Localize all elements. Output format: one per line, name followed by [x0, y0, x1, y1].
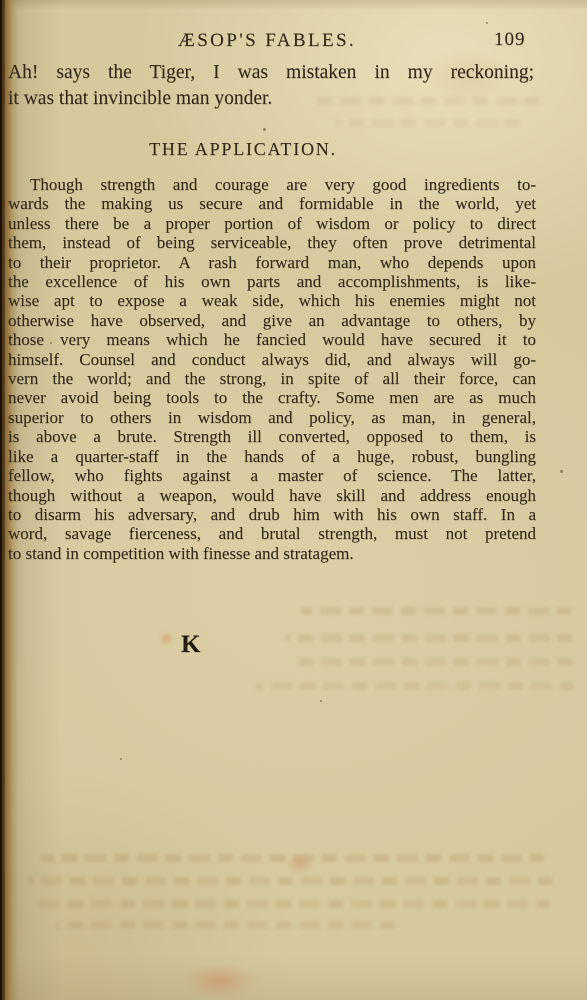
- page-number: 109: [494, 29, 526, 51]
- application-line: them, instead of being serviceable, they…: [8, 233, 536, 252]
- book-page-scan: ÆSOP'S FABLES. 109 Ah! says the Tiger, I…: [0, 0, 587, 1000]
- intro-paragraph: Ah! says the Tiger, I was mistaken in my…: [8, 60, 534, 112]
- application-line: to disarm his adversary, and drub him wi…: [8, 505, 536, 524]
- application-line: those very means which he fancied would …: [8, 330, 536, 349]
- bleed-through-text: [298, 658, 573, 666]
- application-line: like a quarter-staff in the hands of a h…: [8, 447, 536, 466]
- application-line: though without a weapon, would have skil…: [8, 486, 536, 505]
- application-line: word, savage fierceness, and brutal stre…: [8, 524, 536, 543]
- application-line: superior to others in wisdom and policy,…: [8, 408, 536, 427]
- stain: [286, 853, 314, 875]
- speck: [120, 758, 122, 760]
- application-line: fellow, who fights against a master of s…: [8, 466, 536, 485]
- speck: [486, 22, 488, 24]
- application-line: vern the world; and the strong, in spite…: [8, 369, 536, 388]
- stain: [183, 964, 257, 998]
- application-line: the excellence of his own parts and acco…: [8, 272, 536, 291]
- bleed-through-text: [335, 119, 520, 127]
- speck: [560, 470, 563, 473]
- application-line: to their proprietor. A rash forward man,…: [8, 253, 536, 272]
- section-heading: THE APPLICATION.: [8, 139, 478, 160]
- bleed-through-text: [255, 682, 575, 690]
- speck: [263, 128, 266, 131]
- application-line: otherwise have observed, and give an adv…: [8, 311, 536, 330]
- application-line: wards the making us secure and formidabl…: [8, 194, 536, 213]
- bleed-through-text: [36, 900, 551, 908]
- application-line: is above a brute. Strength ill converted…: [8, 427, 536, 446]
- application-line: never avoid being tools to the crafty. S…: [8, 388, 536, 407]
- application-line: Though strength and courage are very goo…: [8, 175, 536, 194]
- application-paragraph: Though strength and courage are very goo…: [8, 175, 536, 563]
- running-head-title: ÆSOP'S FABLES.: [8, 30, 526, 52]
- intro-line: Ah! says the Tiger, I was mistaken in my…: [8, 60, 534, 86]
- signature-mark: K: [181, 631, 201, 659]
- speck: [320, 700, 322, 702]
- application-line: wise apt to expose a weak side, which hi…: [8, 291, 536, 310]
- application-line: to stand in competition with finesse and…: [8, 544, 536, 563]
- bleed-through-text: [28, 877, 553, 885]
- application-line: unless there be a proper portion of wisd…: [8, 214, 536, 233]
- intro-line: it was that invincible man yonder.: [8, 86, 534, 112]
- bleed-through-text: [300, 607, 572, 615]
- bleed-through-text: [55, 921, 395, 929]
- stain: [159, 632, 173, 645]
- bleed-through-text: [285, 634, 573, 642]
- application-line: himself. Counsel and conduct always did,…: [8, 350, 536, 369]
